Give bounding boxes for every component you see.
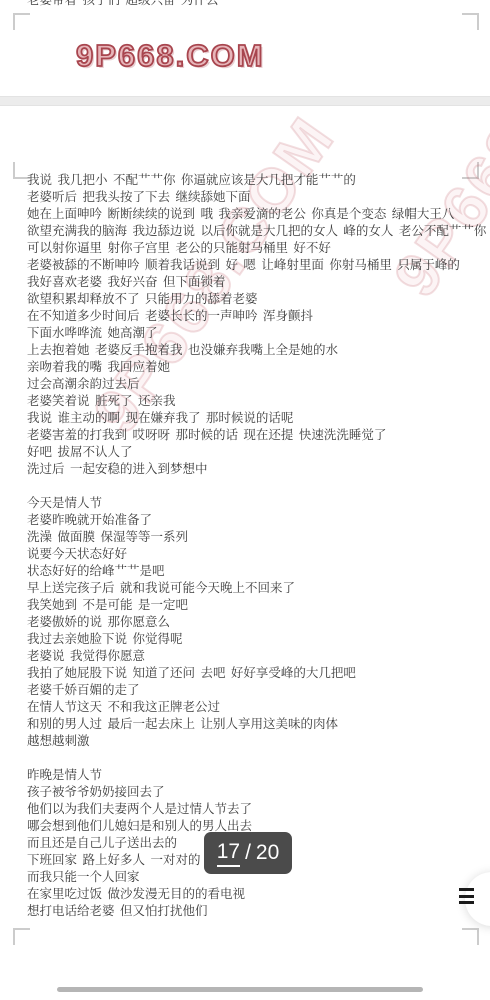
text-line: 我说 我几把小 不配艹艹你 你逼就应该是大几把才能艹艹的 (27, 172, 490, 189)
text-line: 老婆听后 把我头按了下去 继续舔她下面 (27, 189, 490, 206)
text-line: 我笑她到 不是可能 是一定吧 (27, 597, 490, 614)
reader-screen: 老婆带着 孩子们 超级兴奋 为什么 9P668.COM 9P668.COM 9P… (0, 0, 490, 1000)
site-logo-watermark: 9P668.COM (76, 38, 265, 74)
text-line: 越想越刺激 (27, 733, 490, 750)
text-line: 他们以为我们夫妻两个人是过情人节去了 (27, 801, 490, 818)
text-line: 欲望积累却释放不了 只能用力的舔着老婆 (27, 291, 490, 308)
text-line: 状态好好的给峰艹艹是吧 (27, 563, 490, 580)
text-line: 老婆笑着说 脏死了 还亲我 (27, 393, 490, 410)
text-line: 上去抱着她 老婆反手抱着我 也没嫌弃我嘴上全是她的水 (27, 342, 490, 359)
text-line: 说要今天状态好好 (27, 546, 490, 563)
text-line: 老婆傲娇的说 那你愿意么 (27, 614, 490, 631)
text-line: 和别的男人过 最后一起去床上 让别人享用这美味的肉体 (27, 716, 490, 733)
next-page-crop-mark-right (462, 928, 479, 945)
text-line: 老婆说 我觉得你愿意 (27, 648, 490, 665)
text-line: 她在上面呻吟 断断续续的说到 哦 我亲爱滴的老公 你真是个变态 绿帽大王八 (27, 206, 490, 223)
text-line: 好吧 拔屌不认人了 (27, 444, 490, 461)
text-line: 亲吻着我的嘴 我回应着她 (27, 359, 490, 376)
page-indicator: 17 / 20 (204, 832, 292, 874)
text-line: 早上送完孩子后 就和我说可能今天晚上不回来了 (27, 580, 490, 597)
text-line: 洗澡 做面膜 保湿等等一系列 (27, 529, 490, 546)
page-gap-divider (0, 96, 490, 106)
text-line: 孩子被爷爷奶奶接回去了 (27, 784, 490, 801)
text-line: 我过去亲她脸下说 你觉得呢 (27, 631, 490, 648)
next-page-crop-mark-left (13, 928, 30, 945)
text-line: 老婆被舔的不断呻吟 顺着我话说到 好 嗯 让峰射里面 你射马桶里 只属于峰的 (27, 257, 490, 274)
page-indicator-current: 17 (217, 840, 240, 867)
hamburger-icon (459, 888, 474, 908)
crop-mark-top-left (13, 13, 30, 30)
text-line: 在不知道多少时间后 老婆长长的一声呻吟 浑身颤抖 (27, 308, 490, 325)
text-line: 我说 谁主动的啊 现在嫌弃我了 那时候说的话呢 (27, 410, 490, 427)
crop-mark-top-right (462, 13, 479, 30)
text-line: 今天是情人节 (27, 495, 490, 512)
text-line: 想打电话给老婆 但又怕打扰他们 (27, 903, 490, 920)
text-line: 老婆千娇百媚的走了 (27, 682, 490, 699)
story-paragraph: 我说 我几把小 不配艹艹你 你逼就应该是大几把才能艹艹的老婆听后 把我头按了下去… (27, 172, 490, 478)
page-progress-bar[interactable] (57, 987, 423, 992)
text-line: 昨晚是情人节 (27, 767, 490, 784)
text-line: 在情人节这天 不和我这正牌老公过 (27, 699, 490, 716)
text-line: 过会高潮余韵过去后 (27, 376, 490, 393)
page-indicator-total: 20 (256, 841, 279, 865)
text-line: 我好喜欢老婆 我好兴奋 但下面锁着 (27, 274, 490, 291)
text-line: 老婆害羞的打我到 哎呀呀 那时候的话 现在还提 快速洗洗睡觉了 (27, 427, 490, 444)
text-line: 可以射你逼里 射你子宫里 老公的只能射马桶里 好不好 (27, 240, 490, 257)
text-line: 洗过后 一起安稳的进入到梦想中 (27, 461, 490, 478)
previous-page-clipped-line: 老婆带着 孩子们 超级兴奋 为什么 (27, 0, 218, 8)
text-line: 我拍了她屁股下说 知道了还问 去吧 好好享受峰的大几把吧 (27, 665, 490, 682)
page-indicator-separator: / (245, 841, 251, 865)
text-line: 在家里吃过饭 做沙发漫无目的的看电视 (27, 886, 490, 903)
text-line: 老婆昨晚就开始准备了 (27, 512, 490, 529)
story-text: 我说 我几把小 不配艹艹你 你逼就应该是大几把才能艹艹的老婆听后 把我头按了下去… (27, 172, 490, 937)
story-paragraph: 今天是情人节老婆昨晚就开始准备了洗澡 做面膜 保湿等等一系列说要今天状态好好状态… (27, 495, 490, 750)
text-line: 欲望充满我的脑海 我边舔边说 以后你就是大几把的女人 峰的女人 老公不配艹艹你 … (27, 223, 490, 240)
text-line: 下面水哗哗流 她高潮了 (27, 325, 490, 342)
